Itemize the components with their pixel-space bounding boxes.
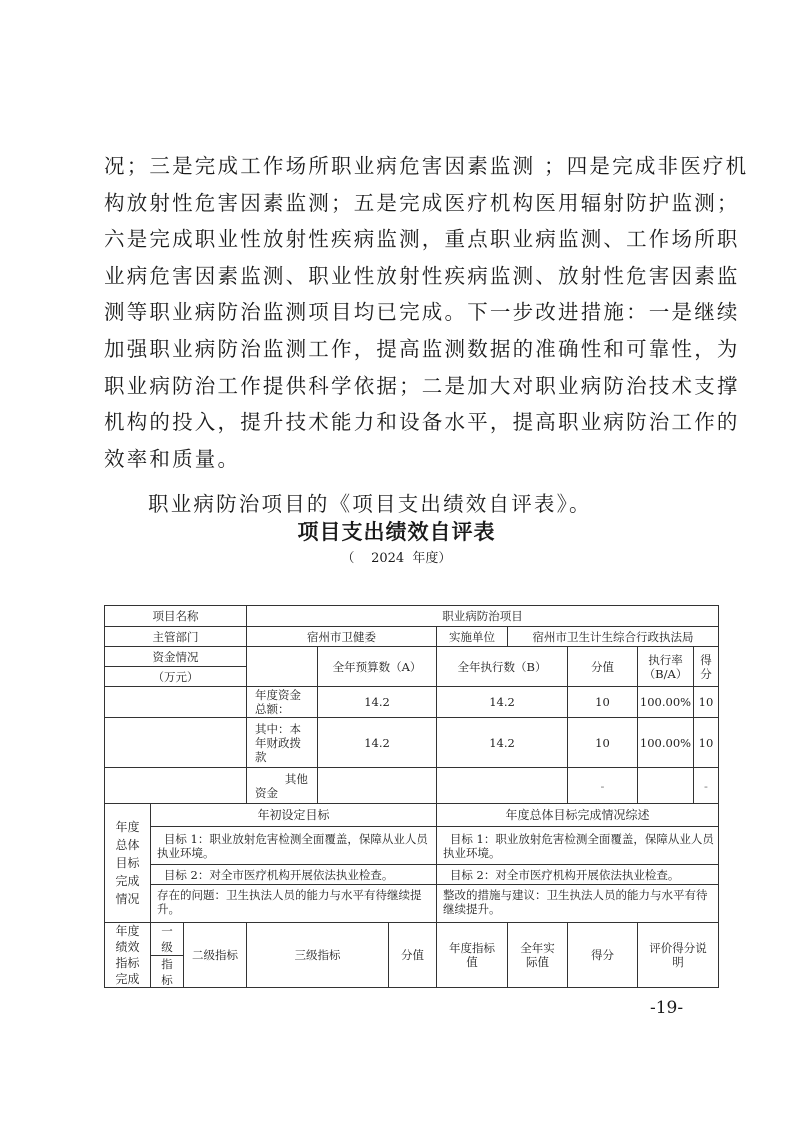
level1-header-top: 一级	[150, 922, 184, 956]
fund-row-score-value: -	[567, 767, 638, 804]
fund-row-score-value: 10	[567, 686, 638, 718]
impl-label: 实施单位	[436, 626, 508, 647]
dept-label: 主管部门	[104, 626, 247, 647]
header-exec-rate: 执行率（B/A）	[637, 646, 694, 687]
funds-label: 资金情况	[104, 646, 247, 667]
fund-row-score: 10	[693, 686, 719, 718]
problems: 存在的问题：卫生执法人员的能力与水平有待继续提升。	[150, 884, 437, 923]
actual-value-header: 全年实际值	[507, 922, 568, 988]
summary-goal-2: 目标 2：对全市医疗机构开展依法执业检查。	[436, 864, 719, 885]
fund-row-executed	[436, 767, 568, 804]
page-number: -19-	[650, 998, 683, 1018]
score-value-header: 分值	[388, 922, 437, 988]
body-line: 业病危害因素监测、职业性放射性疾病监测、放射性危害因素监	[104, 258, 704, 295]
fund-row-score: 10	[693, 717, 719, 768]
annual-target-header: 年度指标值	[436, 922, 508, 988]
fund-row-budget	[317, 767, 437, 804]
summary-goal-1: 目标 1：职业放射危害检测全面覆盖，保障从业人员执业环境。	[436, 826, 719, 865]
fund-row-exec-rate: 100.00%	[637, 686, 694, 718]
goals-initial-header: 年初设定目标	[150, 803, 437, 827]
goals-summary-header: 年度总体目标完成情况综述	[436, 803, 719, 827]
fund-row-exec-rate	[637, 767, 694, 804]
header-score: 得分	[693, 646, 719, 687]
goals-section-label: 年度总体目标完成情况	[104, 803, 151, 923]
level3-header: 三级指标	[246, 922, 389, 988]
body-line: 测等职业病防治监测项目均已完成。下一步改进措施：一是继续	[104, 294, 704, 331]
initial-goal-1: 目标 1：职业放射危害检测全面覆盖，保障从业人员执业环境。	[150, 826, 437, 865]
body-line: 机构的投入，提升技术能力和设备水平，提高职业病防治工作的	[104, 404, 704, 441]
table-year: （ 2024 年度）	[0, 547, 793, 566]
body-line: 职业病防治工作提供科学依据；二是加大对职业病防治技术支撑	[104, 368, 704, 405]
explanation-header: 评价得分说明	[637, 922, 719, 988]
table-intro: 职业病防治项目的《项目支出绩效自评表》。	[148, 487, 592, 517]
dept-value: 宿州市卫健委	[246, 626, 437, 647]
project-name-value: 职业病防治项目	[246, 605, 719, 627]
measures: 整改的措施与建议：卫生执法人员的能力与水平有待继续提升。	[436, 884, 719, 923]
performance-table: 项目名称 职业病防治项目 主管部门 宿州市卫健委 实施单位 宿州市卫生计生综合行…	[104, 605, 719, 987]
header-score-value: 分值	[567, 646, 638, 687]
fund-row-exec-rate: 100.00%	[637, 717, 694, 768]
fund-row-label: 其中：本年财政拨款	[246, 717, 318, 768]
fund-row-budget: 14.2	[317, 717, 437, 768]
header-executed: 全年执行数（B）	[436, 646, 568, 687]
header-budget: 全年预算数（A）	[317, 646, 437, 687]
level2-header: 二级指标	[183, 922, 247, 988]
fund-row-score: -	[693, 767, 719, 804]
body-line: 加强职业病防治监测工作，提高监测数据的准确性和可靠性，为	[104, 331, 704, 368]
indicators-section-label: 年度绩效指标完成	[104, 922, 151, 988]
body-line: 况；三是完成工作场所职业病危害因素监测 ；四是完成非医疗机	[104, 148, 704, 185]
fund-row-executed: 14.2	[436, 717, 568, 768]
table-title: 项目支出绩效自评表	[0, 516, 793, 546]
funds-sublabel-header	[246, 646, 318, 687]
fund-row-label: 年度资金总额：	[246, 686, 318, 718]
fund-row-label: 其他资金	[246, 767, 318, 804]
fund-row-score-value: 10	[567, 717, 638, 768]
impl-value: 宿州市卫生计生综合行政执法局	[507, 626, 719, 647]
body-line: 构放射性危害因素监测；五是完成医疗机构医用辐射防护监测；	[104, 185, 704, 222]
body-line: 六是完成职业性放射性疾病监测，重点职业病监测、工作场所职	[104, 221, 704, 258]
project-name-label: 项目名称	[104, 605, 247, 627]
funds-unit: （万元）	[104, 666, 247, 687]
fund-row-budget: 14.2	[317, 686, 437, 718]
score-header: 得分	[567, 922, 638, 988]
body-line: 效率和质量。	[104, 441, 704, 478]
fund-row-blank	[104, 767, 247, 804]
fund-row-blank	[104, 686, 247, 718]
initial-goal-2: 目标 2：对全市医疗机构开展依法执业检查。	[150, 864, 437, 885]
level1-header-bottom: 指标	[150, 955, 184, 988]
fund-row-blank	[104, 717, 247, 768]
body-paragraph: 况；三是完成工作场所职业病危害因素监测 ；四是完成非医疗机 构放射性危害因素监测…	[104, 148, 704, 477]
fund-row-executed: 14.2	[436, 686, 568, 718]
